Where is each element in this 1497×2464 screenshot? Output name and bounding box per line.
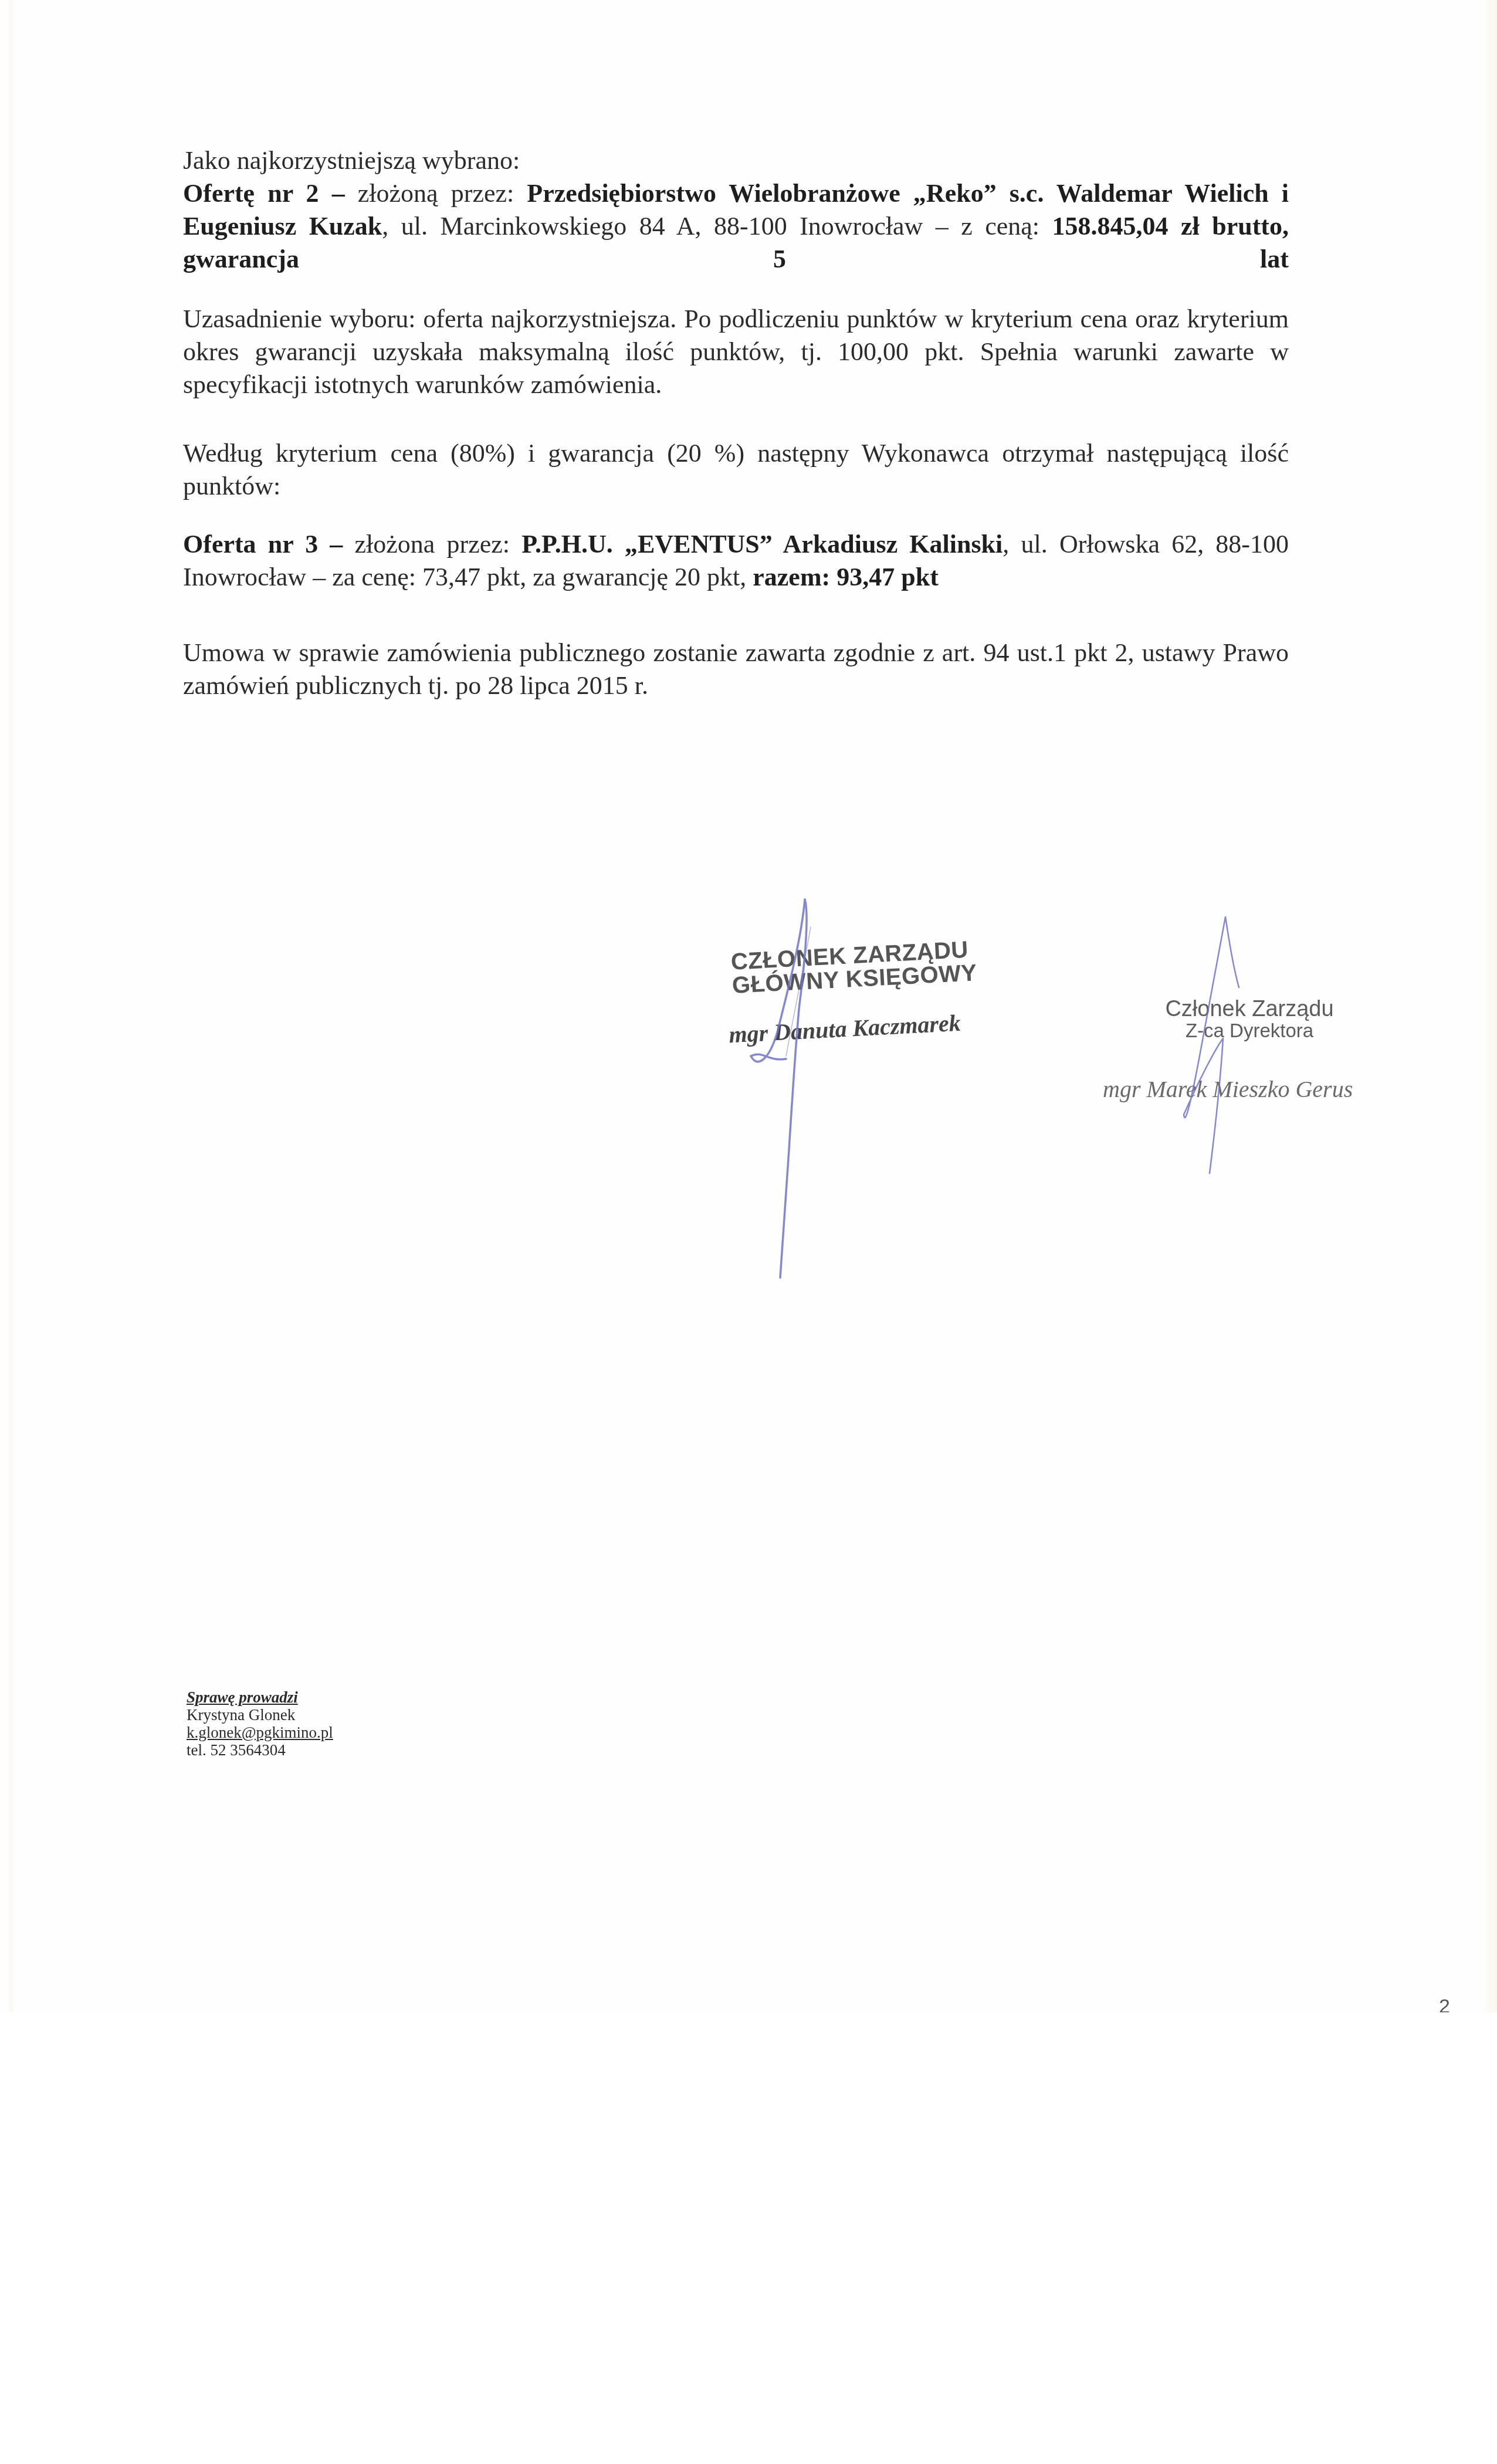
stamp-right-name: mgr Marek Mieszko Gerus bbox=[1103, 1075, 1408, 1103]
next-contractor-paragraph: Według kryterium cena (80%) i gwarancja … bbox=[183, 437, 1289, 503]
stamp-chief-accountant: CZŁONEK ZARZĄDU GŁÓWNY KSIĘGOWY mgr Danu… bbox=[730, 937, 981, 1048]
offer-2-label: Ofertę nr 2 – bbox=[183, 179, 345, 208]
selected-offer-paragraph: Jako najkorzystniejszą wybrano: Ofertę n… bbox=[183, 144, 1289, 309]
offer-3-label: Oferta nr 3 – bbox=[183, 530, 343, 559]
case-officer-label: Sprawę prowadzi bbox=[187, 1688, 333, 1706]
page-number: 2 bbox=[1439, 1995, 1450, 2012]
selected-offer-details: Ofertę nr 2 – złożoną przez: Przedsiębio… bbox=[183, 177, 1289, 309]
stamp-deputy-director: Członek Zarządu Z-ca Dyrektora mgr Marek… bbox=[1115, 997, 1384, 1041]
stamp-right-title: Członek Zarządu bbox=[1115, 997, 1384, 1021]
offer-3-submitted-by: złożona przez: bbox=[343, 530, 521, 559]
contract-paragraph: Umowa w sprawie zamówienia publicznego z… bbox=[183, 637, 1289, 702]
justification-paragraph: Uzasadnienie wyboru: oferta najkorzystni… bbox=[183, 303, 1289, 401]
case-officer-phone: tel. 52 3564304 bbox=[187, 1741, 333, 1759]
offer-3-company: P.P.H.U. „EVENTUS” Arkadiusz Kalinski bbox=[521, 530, 1002, 559]
offer-3-total: razem: 93,47 pkt bbox=[753, 563, 939, 591]
stamp-right-role: Z-ca Dyrektora bbox=[1115, 1021, 1384, 1041]
offer-3-paragraph: Oferta nr 3 – złożona przez: P.P.H.U. „E… bbox=[183, 528, 1289, 594]
case-officer-email-link[interactable]: k.glonek@pgkimino.pl bbox=[187, 1724, 333, 1741]
case-officer-contact: Sprawę prowadzi Krystyna Glonek k.glonek… bbox=[187, 1688, 333, 1759]
intro-line: Jako najkorzystniejszą wybrano: bbox=[183, 144, 1289, 177]
offer-2-address: , ul. Marcinkowskiego 84 A, 88-100 Inowr… bbox=[382, 212, 1052, 241]
submitted-by-text: złożoną przez: bbox=[345, 179, 527, 208]
case-officer-name: Krystyna Glonek bbox=[187, 1706, 333, 1724]
